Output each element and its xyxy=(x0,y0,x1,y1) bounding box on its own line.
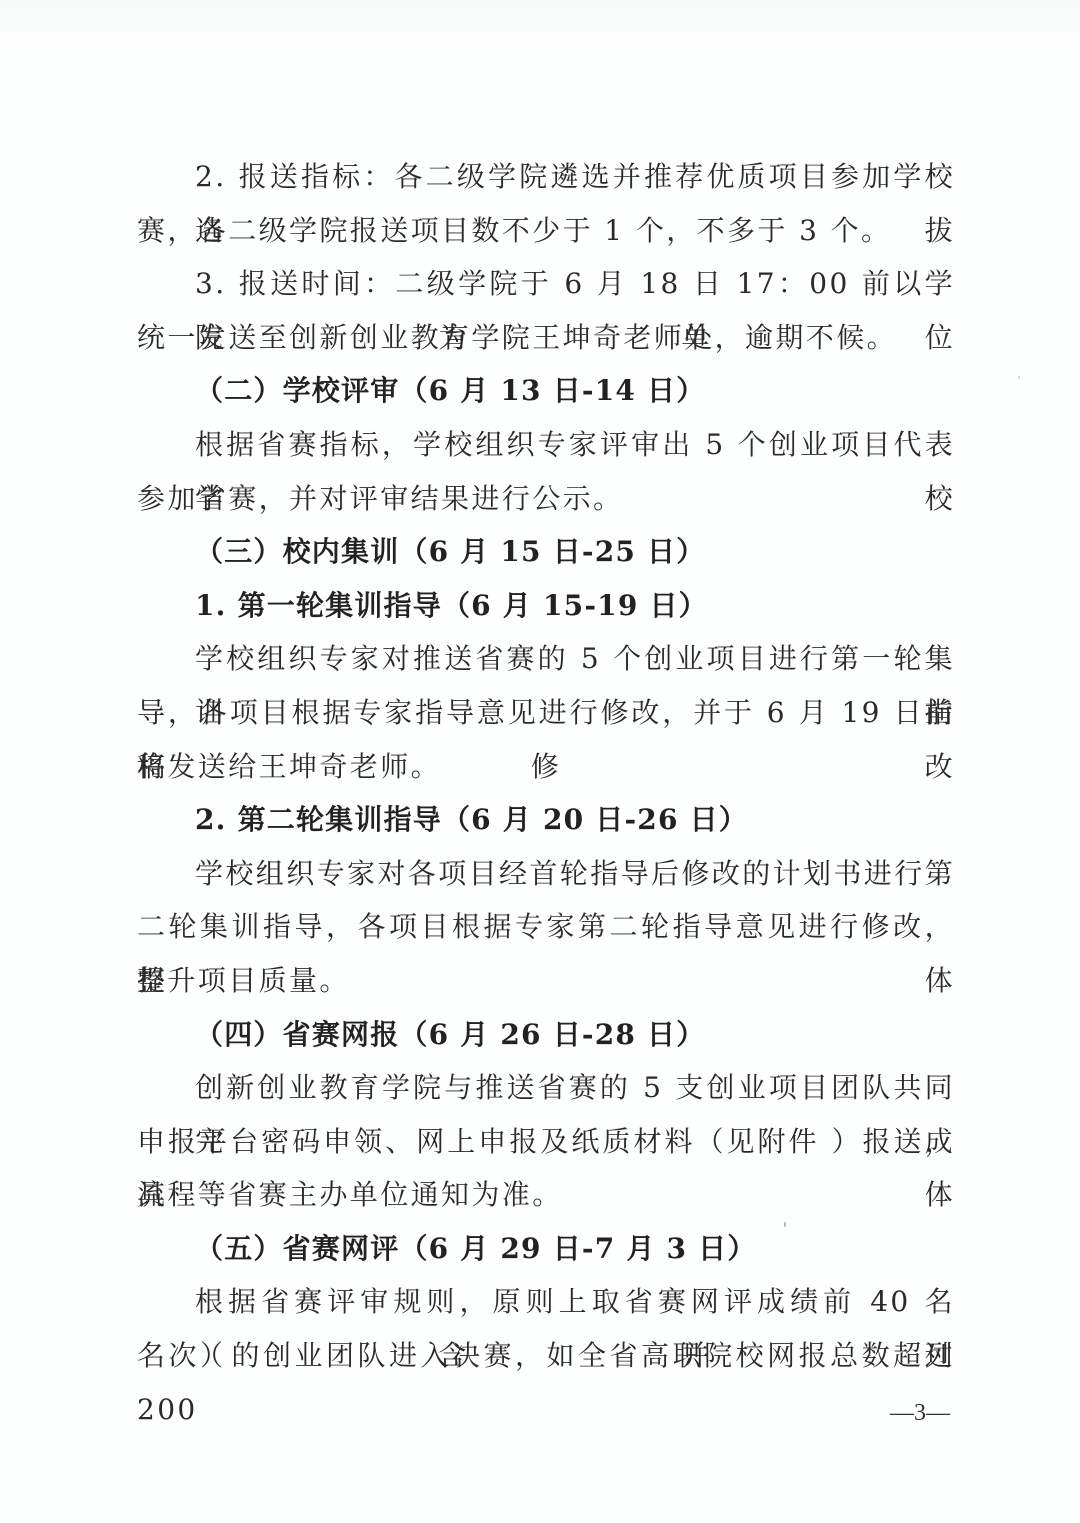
section-heading: 2. 第二轮集训指导（6 月 20 日-26 日） xyxy=(137,793,955,847)
paragraph-line: 根据省赛指标，学校组织专家评审出 5 个创业项目代表学校 xyxy=(137,418,955,472)
paragraph-line: 3. 报送时间：二级学院于 6 月 18 日 17：00 前以学院为单位 xyxy=(137,257,955,311)
paragraph-line: 二轮集训指导，各项目根据专家第二轮指导意见进行修改，整体 xyxy=(137,900,955,954)
paragraph-line: 赛，各二级学院报送项目数不少于 1 个，不多于 3 个。 xyxy=(137,204,955,258)
paragraph-line: 根据省赛评审规则，原则上取省赛网评成绩前 40 名（含并列 xyxy=(137,1275,955,1329)
section-heading: （四）省赛网报（6 月 26 日-28 日） xyxy=(137,1008,955,1062)
paragraph-line: 名次）的创业团队进入决赛，如全省高职院校网报总数超过 200 xyxy=(137,1329,955,1383)
section-heading: 1. 第一轮集训指导（6 月 15-19 日） xyxy=(137,579,955,633)
paragraph-line: 学校组织专家对推送省赛的 5 个创业项目进行第一轮集训指 xyxy=(137,632,955,686)
page-number: —3— xyxy=(890,1400,950,1427)
paragraph-line: 学校组织专家对各项目经首轮指导后修改的计划书进行第 xyxy=(137,847,955,901)
scan-speck xyxy=(784,1222,786,1227)
scan-speck xyxy=(1018,376,1020,379)
section-heading: （三）校内集训（6 月 15 日-25 日） xyxy=(137,525,955,579)
paragraph-line: 创新创业教育学院与推送省赛的 5 支创业项目团队共同完成 xyxy=(137,1061,955,1115)
document-body: 2. 报送指标：各二级学院遴选并推荐优质项目参加学校选拔赛，各二级学院报送项目数… xyxy=(137,150,955,1383)
section-heading: （五）省赛网评（6 月 29 日-7 月 3 日） xyxy=(137,1222,955,1276)
document-page: 2. 报送指标：各二级学院遴选并推荐优质项目参加学校选拔赛，各二级学院报送项目数… xyxy=(0,0,1080,1523)
paragraph-line: 统一发送至创新创业教育学院王坤奇老师处，逾期不候。 xyxy=(137,311,955,365)
paragraph-line: 2. 报送指标：各二级学院遴选并推荐优质项目参加学校选拔 xyxy=(137,150,955,204)
paragraph-line: 导，各项目根据专家指导意见进行修改，并于 6 月 19 日前将修改 xyxy=(137,686,955,740)
section-heading: （二）学校评审（6 月 13 日-14 日） xyxy=(137,364,955,418)
paragraph-line: 申报平台密码申领、网上申报及纸质材料（见附件 ）报送，具体 xyxy=(137,1115,955,1169)
